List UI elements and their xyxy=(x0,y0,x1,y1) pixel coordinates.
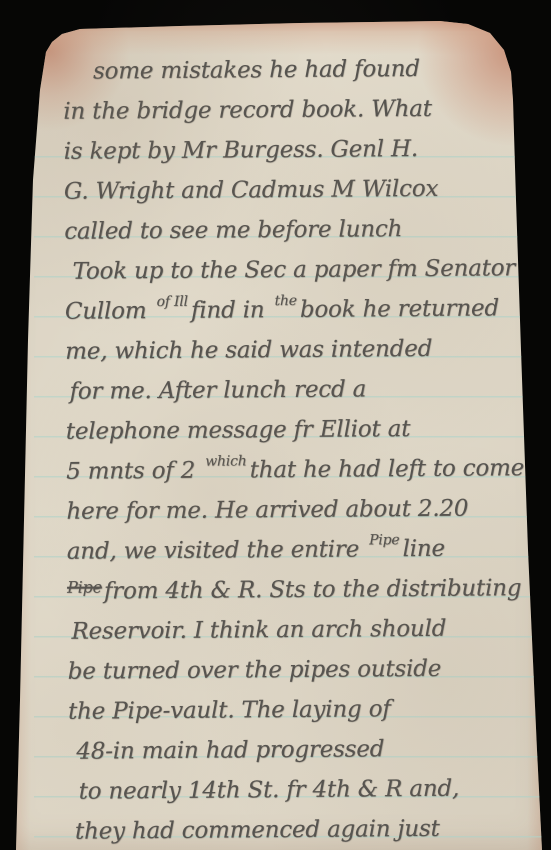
handwriting-segment: book he returned xyxy=(300,295,499,323)
handwriting-line: Cullom of Illfind in thebook he returned xyxy=(65,288,517,332)
notebook-page: some mistakes he had foundin the bridge … xyxy=(0,0,551,850)
handwriting-line: they had commenced again just xyxy=(75,808,521,850)
inserted-word: the xyxy=(274,293,296,309)
handwriting-segment: Cullom xyxy=(65,298,147,325)
handwriting-segment: line xyxy=(402,536,445,562)
handwriting-segment: here for me. He arrived about 2.20 xyxy=(66,496,468,525)
handwriting-segment: some mistakes he had found xyxy=(93,56,420,85)
handwriting-segment: 48-in main had progressed xyxy=(76,736,384,764)
handwriting-line: here for me. He arrived about 2.20 xyxy=(66,488,518,532)
handwriting-line: telephone message fr Elliot at xyxy=(66,408,518,452)
handwriting-segment: is kept by Mr Burgess. Genl H. xyxy=(64,136,418,165)
inserted-word: of Ill xyxy=(156,294,187,310)
photo-background: some mistakes he had foundin the bridge … xyxy=(0,0,551,850)
handwriting-line: some mistakes he had found xyxy=(93,48,515,91)
handwriting-line: is kept by Mr Burgess. Genl H. xyxy=(63,128,515,172)
handwriting-line: Pipefrom 4th & R. Sts to the distributin… xyxy=(67,568,519,612)
handwriting-segment: telephone message fr Elliot at xyxy=(66,416,411,445)
handwriting-segment: that he had left to come xyxy=(250,455,525,483)
handwriting-segment: from 4th & R. Sts to the distributing xyxy=(104,575,522,604)
handwriting-line: be turned over the pipes outside xyxy=(68,648,520,692)
handwriting-segment: Reservoir. I think an arch should xyxy=(71,616,446,645)
handwriting-segment: be turned over the pipes outside xyxy=(68,656,442,685)
handwriting-line: 48-in main had progressed xyxy=(76,728,520,771)
handwriting-line: to nearly 14th St. fr 4th & R and, xyxy=(79,768,521,811)
handwriting-line: for me. After lunch recd a xyxy=(69,368,517,412)
handwriting-line: G. Wright and Cadmus M Wilcox xyxy=(64,168,516,212)
inserted-word: which xyxy=(205,453,246,469)
handwriting-segment: Took up to the Sec a paper fm Senator xyxy=(72,255,515,284)
handwriting-segment: and, we visited the entire xyxy=(67,536,359,564)
handwriting-segment: in the bridge record book. What xyxy=(63,96,432,125)
handwriting-segment: find in xyxy=(191,297,265,324)
handwriting-line: Reservoir. I think an arch should xyxy=(71,608,519,652)
handwriting-line: the Pipe-vault. The laying of xyxy=(68,688,520,732)
handwriting-line: in the bridge record book. What xyxy=(63,88,515,132)
inserted-word: Pipe xyxy=(369,532,399,548)
handwriting-segment: me, which he said was intended xyxy=(65,336,432,365)
handwriting-line: 5 mnts of 2 whichthat he had left to com… xyxy=(66,448,518,492)
handwriting-segment: called to see me before lunch xyxy=(64,216,402,245)
handwriting: some mistakes he had foundin the bridge … xyxy=(63,48,521,850)
handwriting-segment: to nearly 14th St. fr 4th & R and, xyxy=(79,776,460,805)
handwriting-segment: the Pipe-vault. The laying of xyxy=(68,696,391,725)
handwriting-line: and, we visited the entire Pipeline xyxy=(67,528,519,572)
handwriting-segment: for me. After lunch recd a xyxy=(69,376,366,404)
handwriting-segment: they had commenced again just xyxy=(75,816,440,845)
handwriting-segment: G. Wright and Cadmus M Wilcox xyxy=(64,176,438,205)
handwriting-line: Took up to the Sec a paper fm Senator xyxy=(72,248,516,291)
handwriting-line: called to see me before lunch xyxy=(64,208,516,252)
struck-word: Pipe xyxy=(67,577,102,596)
handwriting-segment: 5 mnts of 2 xyxy=(66,458,195,485)
handwriting-line: me, which he said was intended xyxy=(65,328,517,372)
